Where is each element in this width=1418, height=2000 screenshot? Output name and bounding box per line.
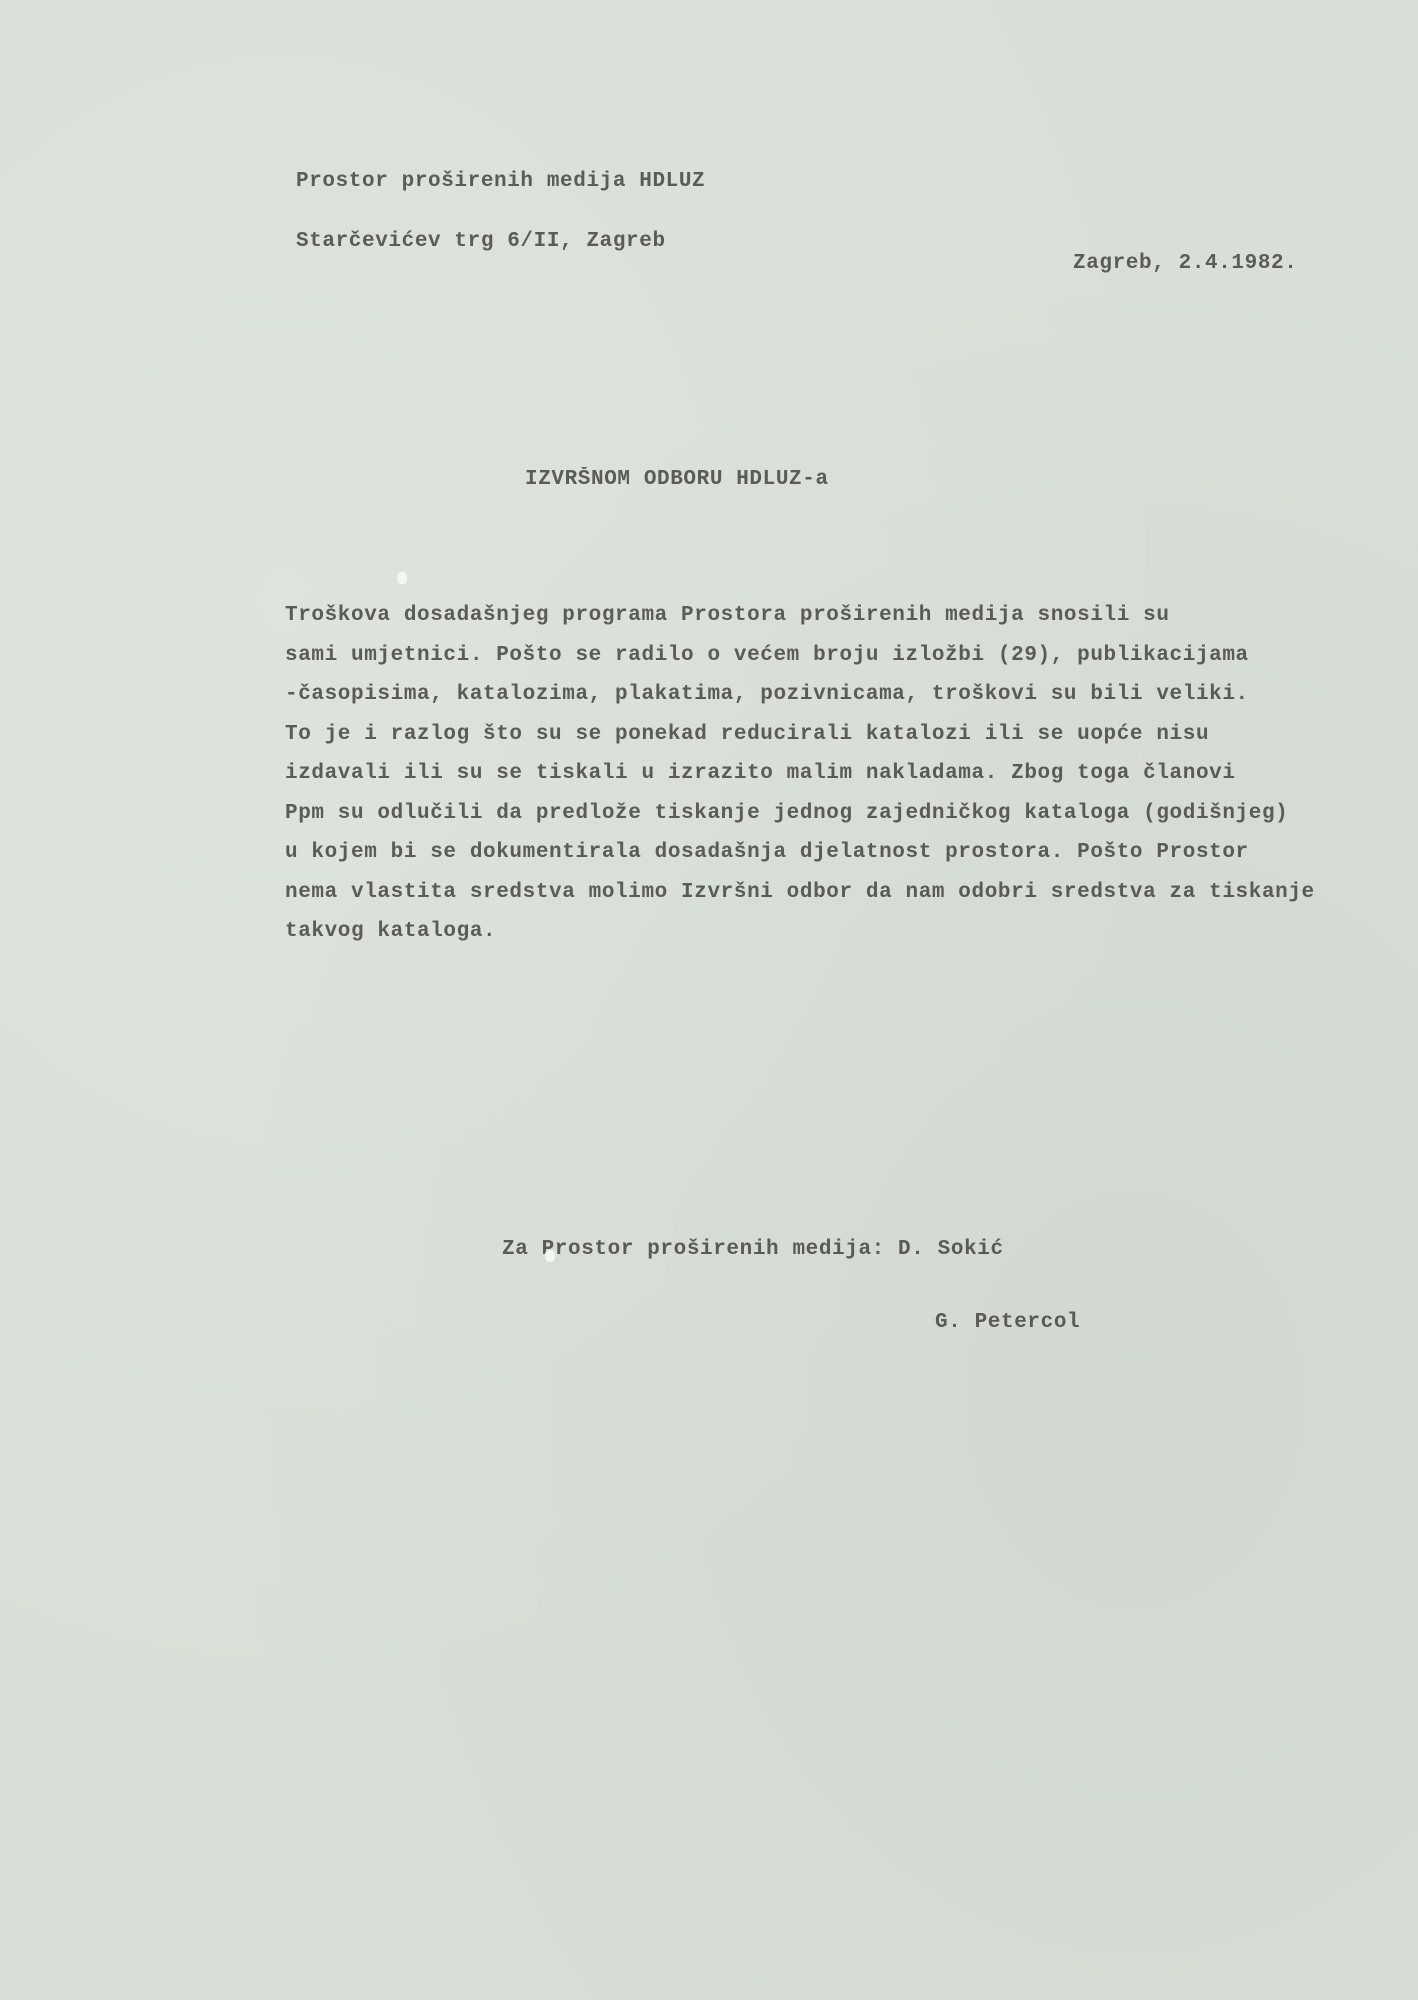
body-line: Troškova dosadašnjeg programa Prostora p… — [285, 596, 1315, 636]
sender-name: Prostor proširenih medija HDLUZ — [296, 170, 705, 193]
paper-speck — [545, 1250, 555, 1262]
body-line: izdavali ili su se tiskali u izrazito ma… — [285, 754, 1315, 794]
body-line: sami umjetnici. Pošto se radilo o većem … — [285, 636, 1315, 676]
letter-date: Zagreb, 2.4.1982. — [1073, 252, 1297, 275]
second-signer: G. Petercol — [935, 1311, 1080, 1334]
body-line: To je i razlog što su se ponekad reducir… — [285, 715, 1315, 755]
body-line: Ppm su odlučili da predlože tiskanje jed… — [285, 794, 1315, 834]
body-line: u kojem bi se dokumentirala dosadašnja d… — [285, 833, 1315, 873]
sender-address: Starčevićev trg 6/II, Zagreb — [296, 230, 666, 253]
body-line: takvog kataloga. — [285, 912, 1315, 952]
paper-speck — [397, 572, 407, 584]
letter-body: Troškova dosadašnjeg programa Prostora p… — [285, 596, 1315, 952]
paper-page: Prostor proširenih medija HDLUZ Starčevi… — [0, 0, 1418, 2000]
body-line: nema vlastita sredstva molimo Izvršni od… — [285, 873, 1315, 913]
signoff-line: Za Prostor proširenih medija: D. Sokić — [502, 1238, 1004, 1261]
body-line: -časopisima, katalozima, plakatima, pozi… — [285, 675, 1315, 715]
addressee-heading: IZVRŠNOM ODBORU HDLUZ-a — [525, 468, 829, 491]
